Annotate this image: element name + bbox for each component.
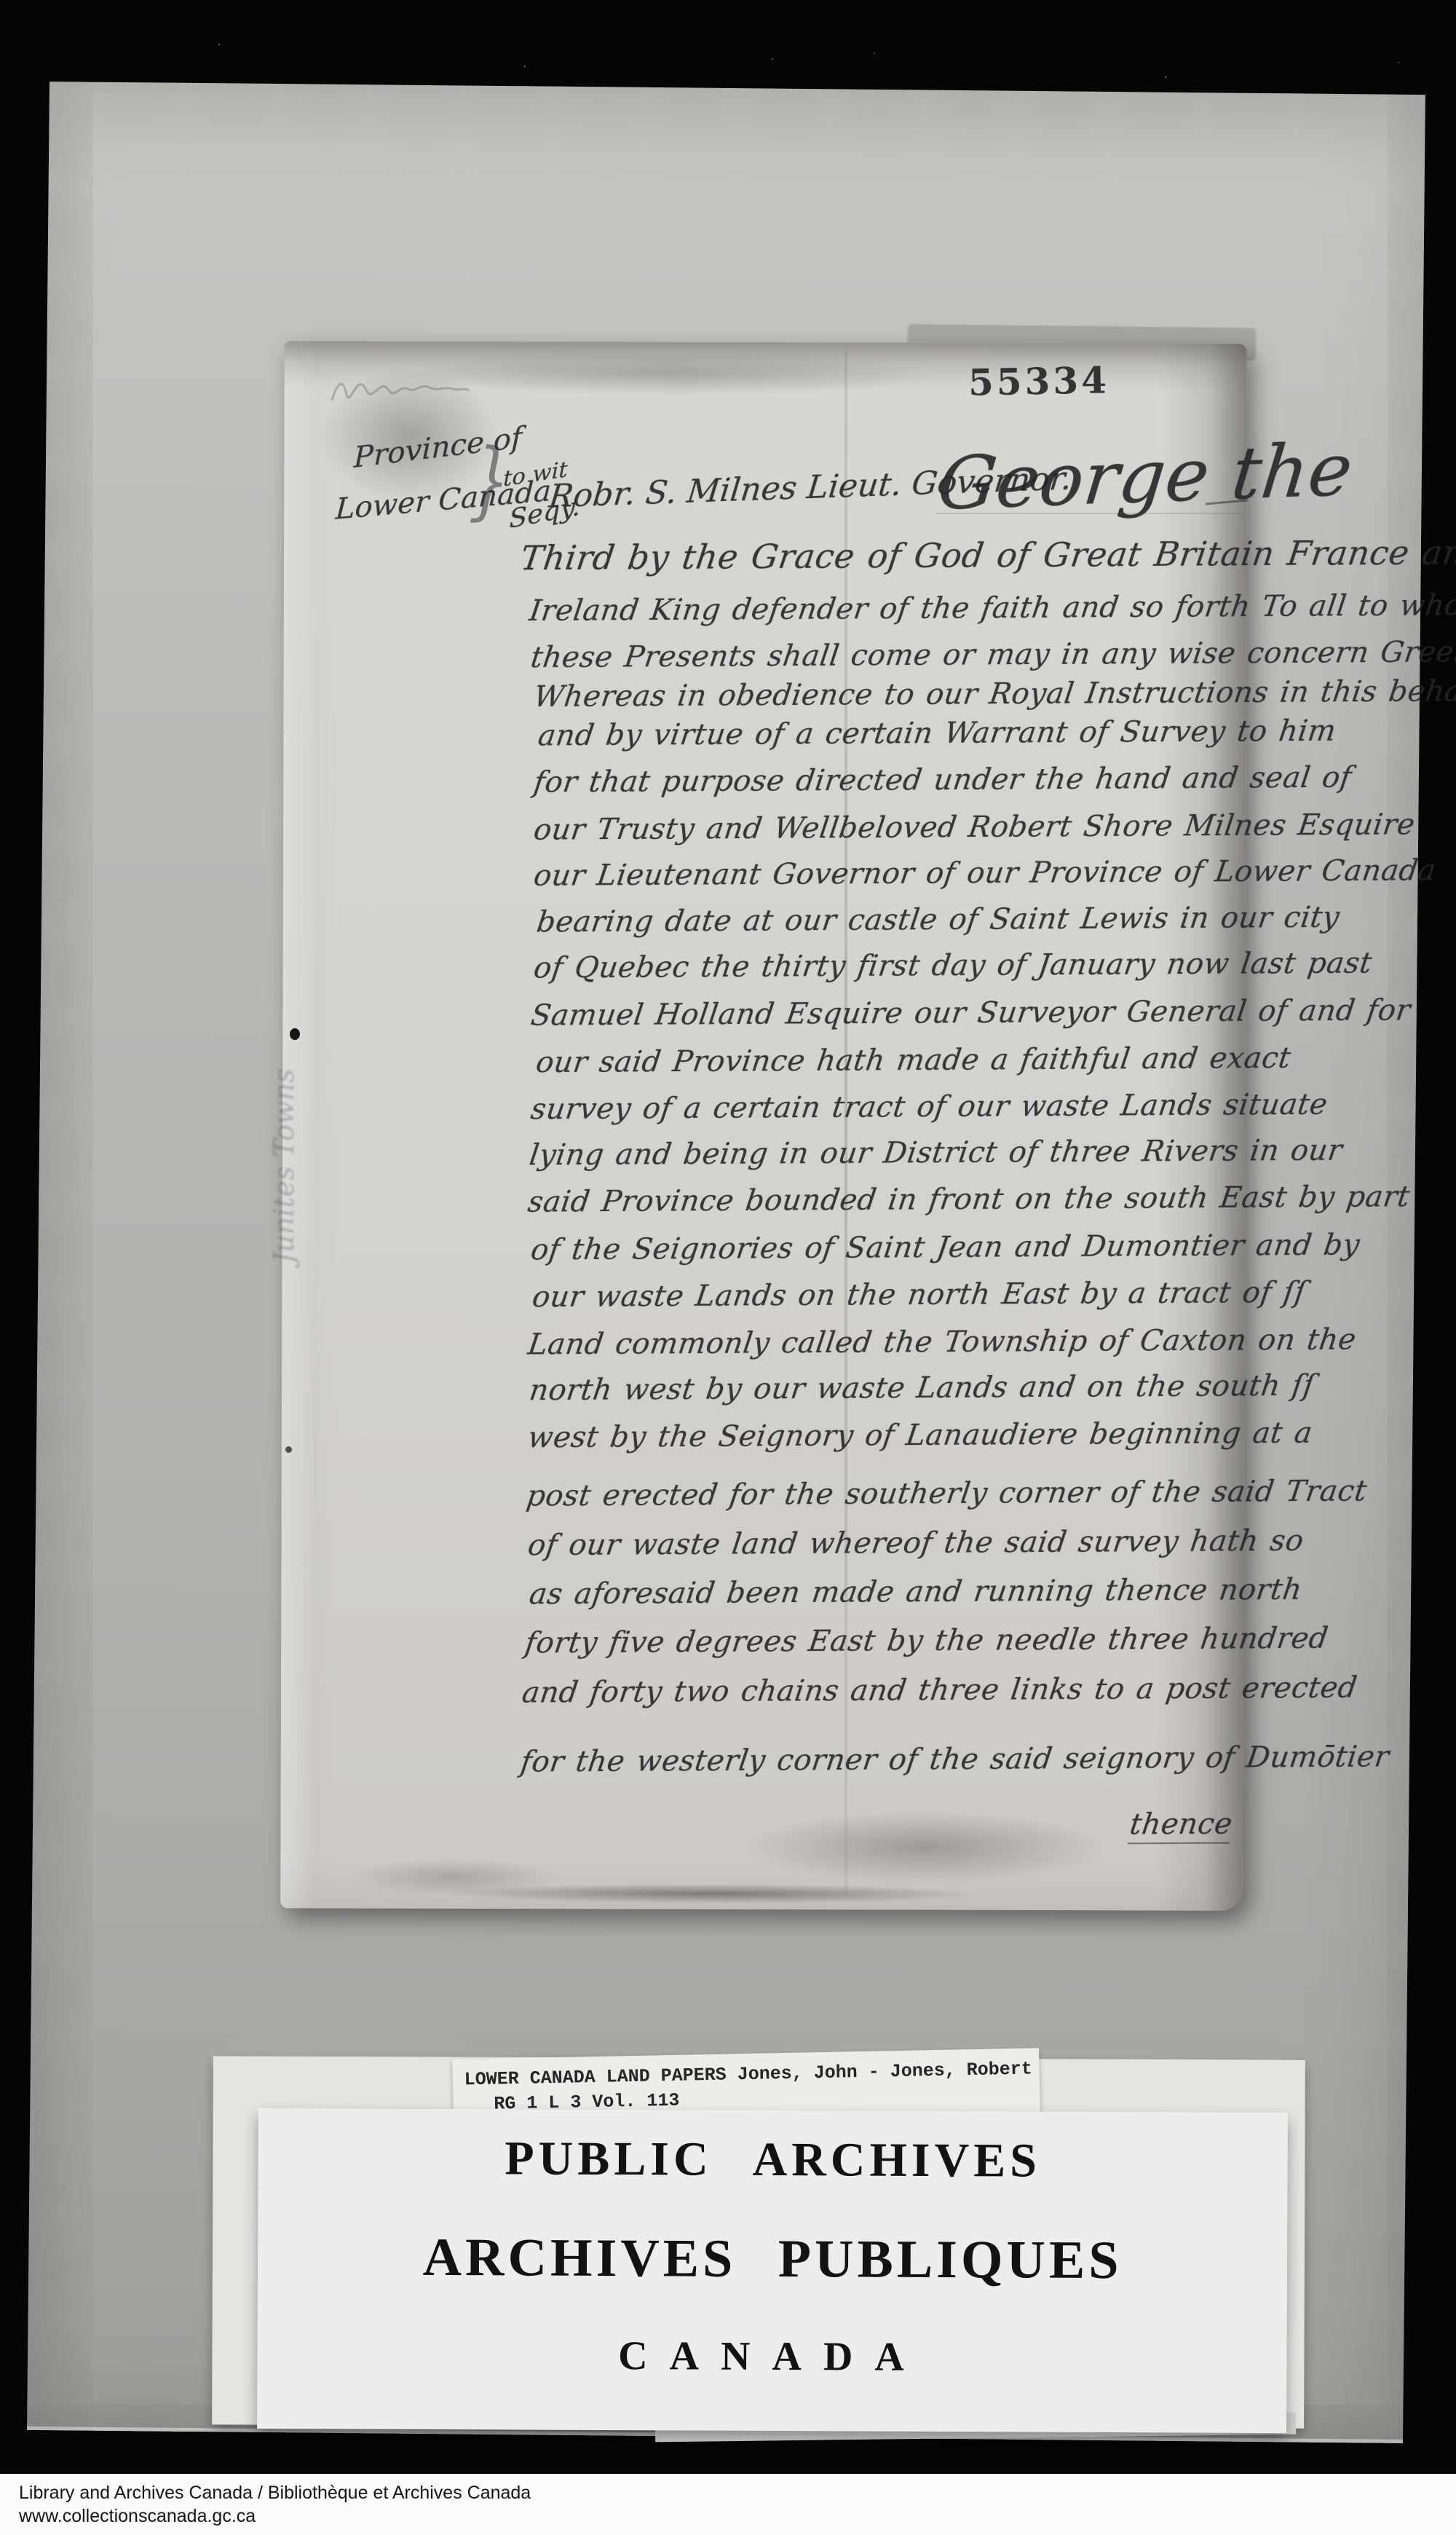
reference-label-line-1: LOWER CANADA LAND PAPERS Jones, John - J… — [464, 2058, 1032, 2090]
manuscript-line: and by virtue of a certain Warrant of Su… — [536, 714, 1338, 753]
manuscript-line: for that purpose directed under the hand… — [531, 761, 1353, 800]
tape-shadow — [229, 2019, 462, 2061]
royal-title-george-the: George the — [934, 427, 1357, 527]
manuscript-line: survey of a certain tract of our waste L… — [529, 1088, 1329, 1127]
manuscript-line: our Trusty and Wellbeloved Robert Shore … — [531, 808, 1417, 846]
closing-word-thence: thence — [1128, 1807, 1235, 1845]
public-archives-stamp-card: PUBLIC ARCHIVES ARCHIVES PUBLIQUES CANAD… — [257, 2108, 1288, 2433]
faint-guide-line — [935, 513, 1241, 514]
manuscript-line: these Presents shall come or may in any … — [529, 635, 1456, 674]
manuscript-line: north west by our waste Lands and on the… — [527, 1369, 1316, 1408]
manuscript-line: our Lieutenant Governor of our Province … — [531, 853, 1438, 893]
film-dust-specks — [218, 44, 220, 45]
stamp-public-archives: PUBLIC ARCHIVES — [258, 2130, 1288, 2190]
manuscript-line: forty five degrees East by the needle th… — [523, 1622, 1330, 1660]
archive-number-stamp: 55334 — [968, 358, 1109, 403]
manuscript-line: Whereas in obedience to our Royal Instru… — [531, 674, 1456, 714]
manuscript-line: as aforesaid been made and running thenc… — [527, 1573, 1304, 1611]
manuscript-line: post erected for the southerly corner of… — [524, 1474, 1369, 1513]
manuscript-line: lying and being in our District of three… — [527, 1134, 1344, 1172]
manuscript-line: and forty two chains and three links to … — [520, 1671, 1359, 1710]
manuscript-line: of the Seignories of Saint Jean and Dumo… — [529, 1229, 1361, 1267]
manuscript-line: of Quebec the thirty first day of Januar… — [531, 946, 1374, 985]
footer-url: www.collectionscanada.gc.ca — [19, 2506, 256, 2527]
manuscript-line: of our waste land whereof the said surve… — [526, 1524, 1305, 1562]
manuscript-line: our waste Lands on the north East by a t… — [530, 1276, 1307, 1314]
scanned-document-page: 55334 Province of Lower Canada } to wit … — [0, 0, 1456, 2535]
faint-pencil-scribble — [328, 373, 473, 408]
manuscript-line: Samuel Holland Esquire our Surveyor Gene… — [529, 993, 1412, 1032]
footer-institution-line: Library and Archives Canada / Bibliothèq… — [19, 2483, 531, 2504]
manuscript-line: Ireland King defender of the faith and s… — [527, 588, 1456, 628]
manuscript-line: bearing date at our castle of Saint Lewi… — [534, 901, 1342, 939]
vertical-marginalia: Junites Towns — [268, 914, 300, 1263]
manuscript-line: for the westerly corner of the said seig… — [518, 1740, 1391, 1778]
manuscript-line: Land commonly called the Township of Cax… — [526, 1323, 1358, 1362]
manuscript-line: said Province bounded in front on the so… — [526, 1180, 1412, 1218]
manuscript-line: Third by the Grace of God of Great Brita… — [518, 532, 1456, 577]
footer-strip: Library and Archives Canada / Bibliothèq… — [0, 2474, 1456, 2535]
stamp-canada: CANADA — [257, 2331, 1286, 2382]
stamp-archives-publiques: ARCHIVES PUBLIQUES — [258, 2226, 1287, 2292]
manuscript-line: west by the Seignory of Lanaudiere begin… — [526, 1416, 1314, 1455]
manuscript-line: our said Province hath made a faithful a… — [534, 1041, 1293, 1079]
ink-speck — [285, 1446, 292, 1453]
